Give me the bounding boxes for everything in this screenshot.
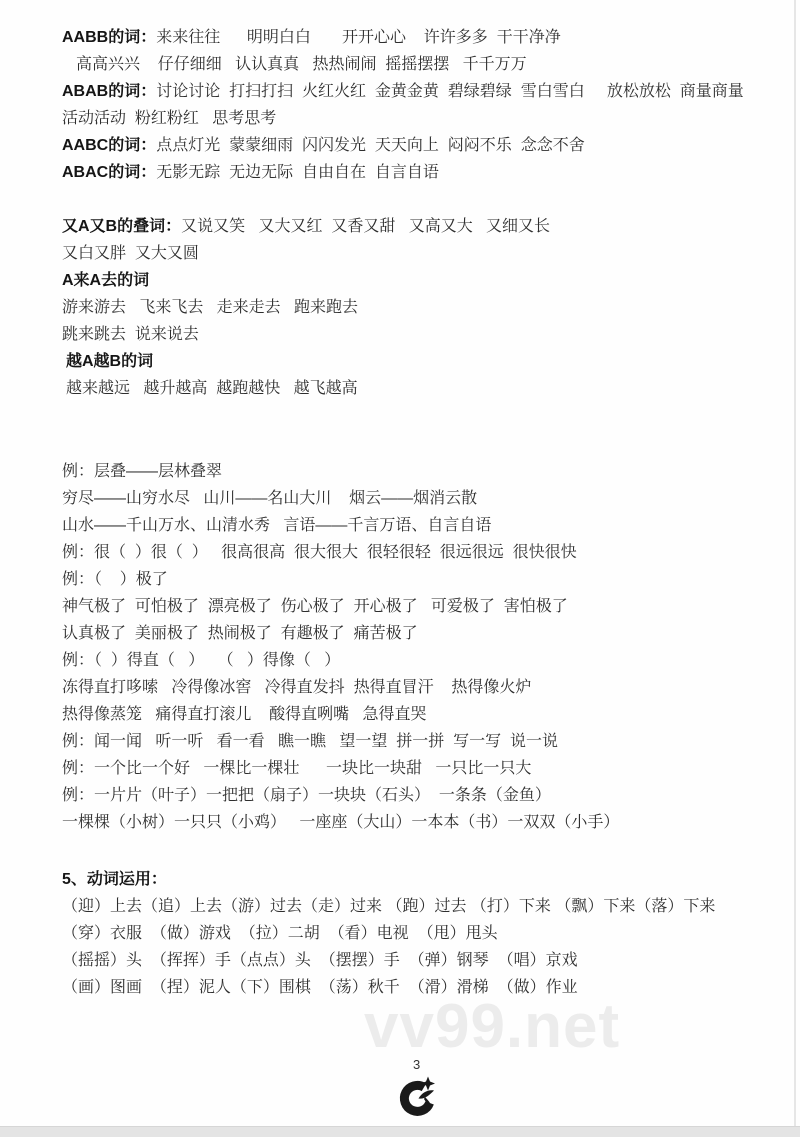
text-line: 越来越远 越升越高 越跑越快 越飞越高 [62, 375, 792, 402]
line-text: 又白又胖 又大又圆 [62, 245, 199, 262]
line-text: （穿）衣服 （做）游戏 （拉）二胡 （看）电视 （甩）甩头 [62, 925, 498, 942]
text-line: 又白又胖 又大又圆 [62, 240, 792, 267]
line-text: 高高兴兴 仔仔细细 认认真真 热热闹闹 摇摇摆摆 千千万万 [76, 56, 527, 73]
text-line: 活动活动 粉红粉红 思考思考 [62, 105, 792, 132]
line-text: （迎）上去（追）上去（游）过去（走）过来 （跑）过去 （打）下来 （飘）下来（落… [62, 898, 715, 915]
text-line: 热得像蒸笼 痛得直打滚儿 酸得直咧嘴 急得直哭 [62, 701, 792, 728]
document-page: AABB的词：来来往往 明明白白 开开心心 许许多多 干干净净高高兴兴 仔仔细细… [0, 0, 800, 1137]
line-text: 跳来跳去 说来说去 [62, 326, 199, 343]
line-text: 例：一个比一个好 一棵比一棵壮 一块比一块甜 一只比一只大 [62, 760, 531, 777]
line-text: 讨论讨论 打扫打扫 火红火红 金黄金黄 碧绿碧绿 雪白雪白 放松放松 商量商量 [156, 83, 744, 100]
line-text: 神气极了 可怕极了 漂亮极了 伤心极了 开心极了 可爱极了 害怕极了 [62, 598, 568, 615]
text-line: AABC的词：点点灯光 蒙蒙细雨 闪闪发光 天天向上 闷闷不乐 念念不舍 [62, 132, 792, 159]
line-text: 认真极了 美丽极了 热闹极了 有趣极了 痛苦极了 [62, 625, 418, 642]
line-text: 例：一片片（叶子）一把把（扇子）一块块（石头） 一条条（金鱼） [62, 787, 551, 804]
line-text: 又说又笑 又大又红 又香又甜 又高又大 又细又长 [181, 218, 550, 235]
text-line: 冻得直打哆嗦 冷得像冰窖 冷得直发抖 热得直冒汗 热得像火炉 [62, 674, 792, 701]
text-line: 5、动词运用： [62, 866, 792, 893]
line-text: 穷尽——山穷水尽 山川——名山大川 烟云——烟消云散 [62, 490, 477, 507]
text-line: 山水——千山万水、山清水秀 言语——千言万语、自言自语 [62, 512, 792, 539]
text-line: 游来游去 飞来飞去 走来走去 跑来跑去 [62, 294, 792, 321]
line-heading: AABC的词： [62, 137, 156, 154]
text-line: A来A去的词 [62, 267, 792, 294]
line-text: 游来游去 飞来飞去 走来走去 跑来跑去 [62, 299, 358, 316]
line-text: 例：（ ）极了 [62, 571, 168, 588]
line-heading: ABAB的词： [62, 83, 156, 100]
line-heading: 又A又B的叠词： [62, 218, 181, 235]
line-heading: AABB的词： [62, 29, 156, 46]
text-line: （穿）衣服 （做）游戏 （拉）二胡 （看）电视 （甩）甩头 [62, 920, 792, 947]
text-line: 跳来跳去 说来说去 [62, 321, 792, 348]
text-line: 例：很（ ）很（ ） 很高很高 很大很大 很轻很轻 很远很远 很快很快 [62, 539, 792, 566]
line-text: 点点灯光 蒙蒙细雨 闪闪发光 天天向上 闷闷不乐 念念不舍 [156, 137, 584, 154]
page-number: 3 [413, 1058, 420, 1071]
text-line: 例：（ ）得直（ ） （ ）得像（ ） [62, 647, 792, 674]
publisher-logo-icon [395, 1072, 441, 1118]
line-text: 例：（ ）得直（ ） （ ）得像（ ） [62, 652, 340, 669]
line-heading: 5、动词运用： [62, 871, 167, 888]
page-edge-line [794, 0, 796, 1126]
line-text: 冻得直打哆嗦 冷得像冰窖 冷得直发抖 热得直冒汗 热得像火炉 [62, 679, 531, 696]
line-text: 无影无踪 无边无际 自由自在 自言自语 [156, 164, 439, 181]
text-line: （迎）上去（追）上去（游）过去（走）过来 （跑）过去 （打）下来 （飘）下来（落… [62, 893, 792, 920]
text-line: 例：一片片（叶子）一把把（扇子）一块块（石头） 一条条（金鱼） [62, 782, 792, 809]
line-text: 例：闻一闻 听一听 看一看 瞧一瞧 望一望 拼一拼 写一写 说一说 [62, 733, 558, 750]
line-text: 来来往往 明明白白 开开心心 许许多多 干干净净 [156, 29, 560, 46]
line-heading: A来A去的词 [62, 272, 149, 289]
footer-bar [0, 1126, 800, 1137]
text-line: 神气极了 可怕极了 漂亮极了 伤心极了 开心极了 可爱极了 害怕极了 [62, 593, 792, 620]
worksheet-text-body: AABB的词：来来往往 明明白白 开开心心 许许多多 干干净净高高兴兴 仔仔细细… [62, 24, 792, 1001]
line-text: 例：层叠——层林叠翠 [62, 463, 222, 480]
line-text: 一棵棵（小树）一只只（小鸡） 一座座（大山）一本本（书）一双双（小手） [62, 814, 619, 831]
text-line: 又A又B的叠词：又说又笑 又大又红 又香又甜 又高又大 又细又长 [62, 213, 792, 240]
line-text: 山水——千山万水、山清水秀 言语——千言万语、自言自语 [62, 517, 491, 534]
text-line: 穷尽——山穷水尽 山川——名山大川 烟云——烟消云散 [62, 485, 792, 512]
text-line: ABAC的词：无影无踪 无边无际 自由自在 自言自语 [62, 159, 792, 186]
text-line: ABAB的词：讨论讨论 打扫打扫 火红火红 金黄金黄 碧绿碧绿 雪白雪白 放松放… [62, 78, 792, 105]
text-line: 认真极了 美丽极了 热闹极了 有趣极了 痛苦极了 [62, 620, 792, 647]
line-text: 热得像蒸笼 痛得直打滚儿 酸得直咧嘴 急得直哭 [62, 706, 426, 723]
text-line: 例：（ ）极了 [62, 566, 792, 593]
line-text: （摇摇）头 （挥挥）手（点点）头 （摆摆）手 （弹）钢琴 （唱）京戏 [62, 952, 578, 969]
line-text: 越来越远 越升越高 越跑越快 越飞越高 [66, 380, 358, 397]
text-line: （摇摇）头 （挥挥）手（点点）头 （摆摆）手 （弹）钢琴 （唱）京戏 [62, 947, 792, 974]
text-line: 例：闻一闻 听一听 看一看 瞧一瞧 望一望 拼一拼 写一写 说一说 [62, 728, 792, 755]
watermark-text: vv99.net [364, 996, 620, 1058]
text-line: 例：层叠——层林叠翠 [62, 458, 792, 485]
line-heading: 越A越B的词 [66, 353, 153, 370]
text-line: AABB的词：来来往往 明明白白 开开心心 许许多多 干干净净 [62, 24, 792, 51]
text-line: 越A越B的词 [62, 348, 792, 375]
text-line: 一棵棵（小树）一只只（小鸡） 一座座（大山）一本本（书）一双双（小手） [62, 809, 792, 836]
line-text: 活动活动 粉红粉红 思考思考 [62, 110, 276, 127]
line-heading: ABAC的词： [62, 164, 156, 181]
text-line: 例：一个比一个好 一棵比一棵壮 一块比一块甜 一只比一只大 [62, 755, 792, 782]
line-text: 例：很（ ）很（ ） 很高很高 很大很大 很轻很轻 很远很远 很快很快 [62, 544, 577, 561]
text-line: 高高兴兴 仔仔细细 认认真真 热热闹闹 摇摇摆摆 千千万万 [62, 51, 792, 78]
